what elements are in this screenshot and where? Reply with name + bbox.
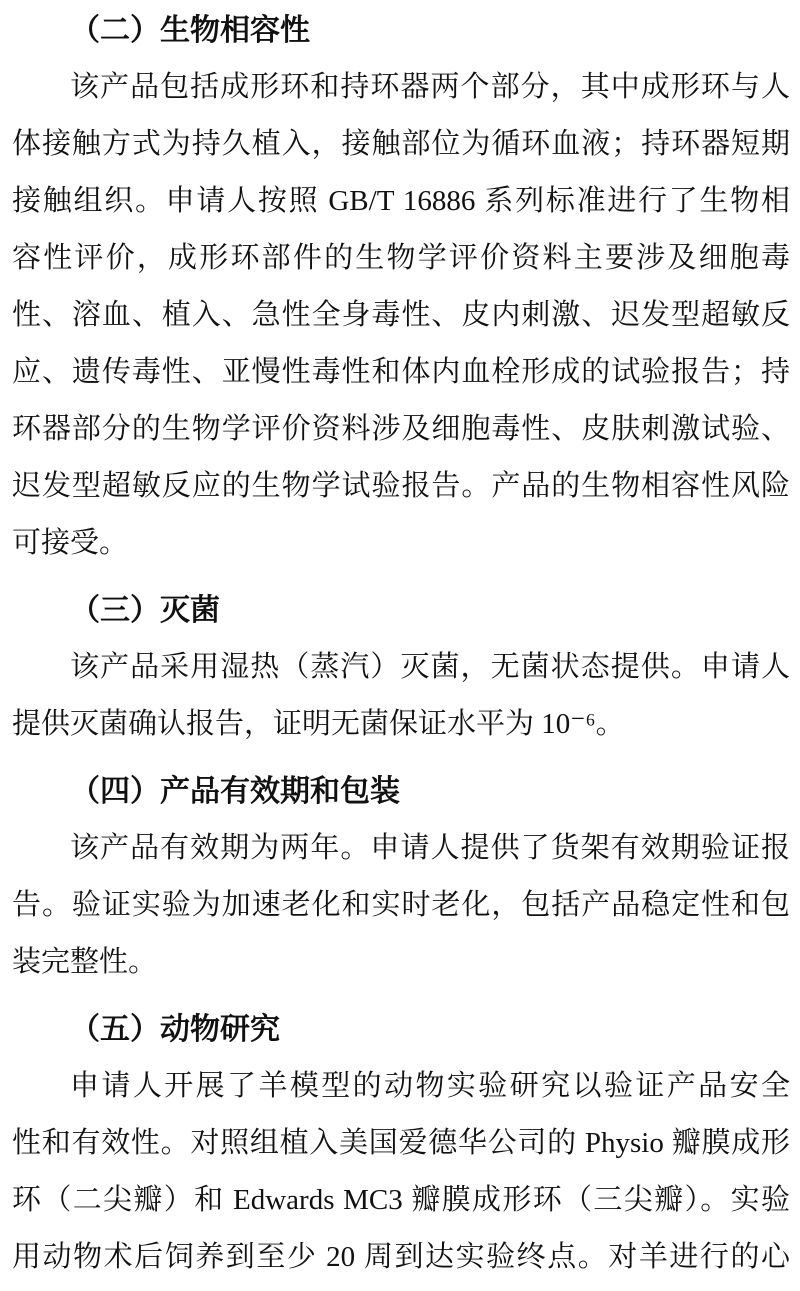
text-line: 用动物术后饲养到至少 20 周到达实验终点。对羊进行的心 — [12, 1229, 790, 1286]
text-line: 申请人开展了羊模型的动物实验研究以验证产品安全 — [12, 1058, 790, 1115]
text-line: 该产品采用湿热（蒸汽）灭菌，无菌状态提供。申请人 — [12, 639, 790, 696]
section-shelf-life-packaging: （四）产品有效期和包装 该产品有效期为两年。申请人提供了货架有效期验证报 告。验… — [12, 763, 790, 991]
section-biocompatibility: （二）生物相容性 该产品包括成形环和持环器两个部分，其中成形环与人 体接触方式为… — [12, 2, 790, 572]
section-sterilization: （三）灭菌 该产品采用湿热（蒸汽）灭菌，无菌状态提供。申请人 提供灭菌确认报告，… — [12, 582, 790, 753]
section-heading: （四）产品有效期和包装 — [12, 763, 790, 820]
text-line: 该产品有效期为两年。申请人提供了货架有效期验证报 — [12, 820, 790, 877]
text-line: 迟发型超敏反应的生物学试验报告。产品的生物相容性风险 — [12, 458, 790, 515]
text-line: 可接受。 — [12, 515, 790, 572]
section-heading: （五）动物研究 — [12, 1001, 790, 1058]
text-line: 该产品包括成形环和持环器两个部分，其中成形环与人 — [12, 59, 790, 116]
text-line: 性和有效性。对照组植入美国爱德华公司的 Physio 瓣膜成形 — [12, 1115, 790, 1172]
text-line: 提供灭菌确认报告，证明无菌保证水平为 10⁻⁶。 — [12, 696, 790, 753]
text-line: 告。验证实验为加速老化和实时老化，包括产品稳定性和包 — [12, 877, 790, 934]
text-line: 装完整性。 — [12, 934, 790, 991]
text-line: 应、遗传毒性、亚慢性毒性和体内血栓形成的试验报告；持 — [12, 344, 790, 401]
text-line: 体接触方式为持久植入，接触部位为循环血液；持环器短期 — [12, 116, 790, 173]
document-page: （二）生物相容性 该产品包括成形环和持环器两个部分，其中成形环与人 体接触方式为… — [0, 0, 800, 1291]
section-animal-study: （五）动物研究 申请人开展了羊模型的动物实验研究以验证产品安全 性和有效性。对照… — [12, 1001, 790, 1286]
text-line: 环（二尖瓣）和 Edwards MC3 瓣膜成形环（三尖瓣）。实验 — [12, 1172, 790, 1229]
section-heading: （三）灭菌 — [12, 582, 790, 639]
text-line: 容性评价，成形环部件的生物学评价资料主要涉及细胞毒 — [12, 230, 790, 287]
text-line: 性、溶血、植入、急性全身毒性、皮内刺激、迟发型超敏反 — [12, 287, 790, 344]
text-line: 环器部分的生物学评价资料涉及细胞毒性、皮肤刺激试验、 — [12, 401, 790, 458]
section-heading: （二）生物相容性 — [12, 2, 790, 59]
text-line: 接触组织。申请人按照 GB/T 16886 系列标准进行了生物相 — [12, 173, 790, 230]
